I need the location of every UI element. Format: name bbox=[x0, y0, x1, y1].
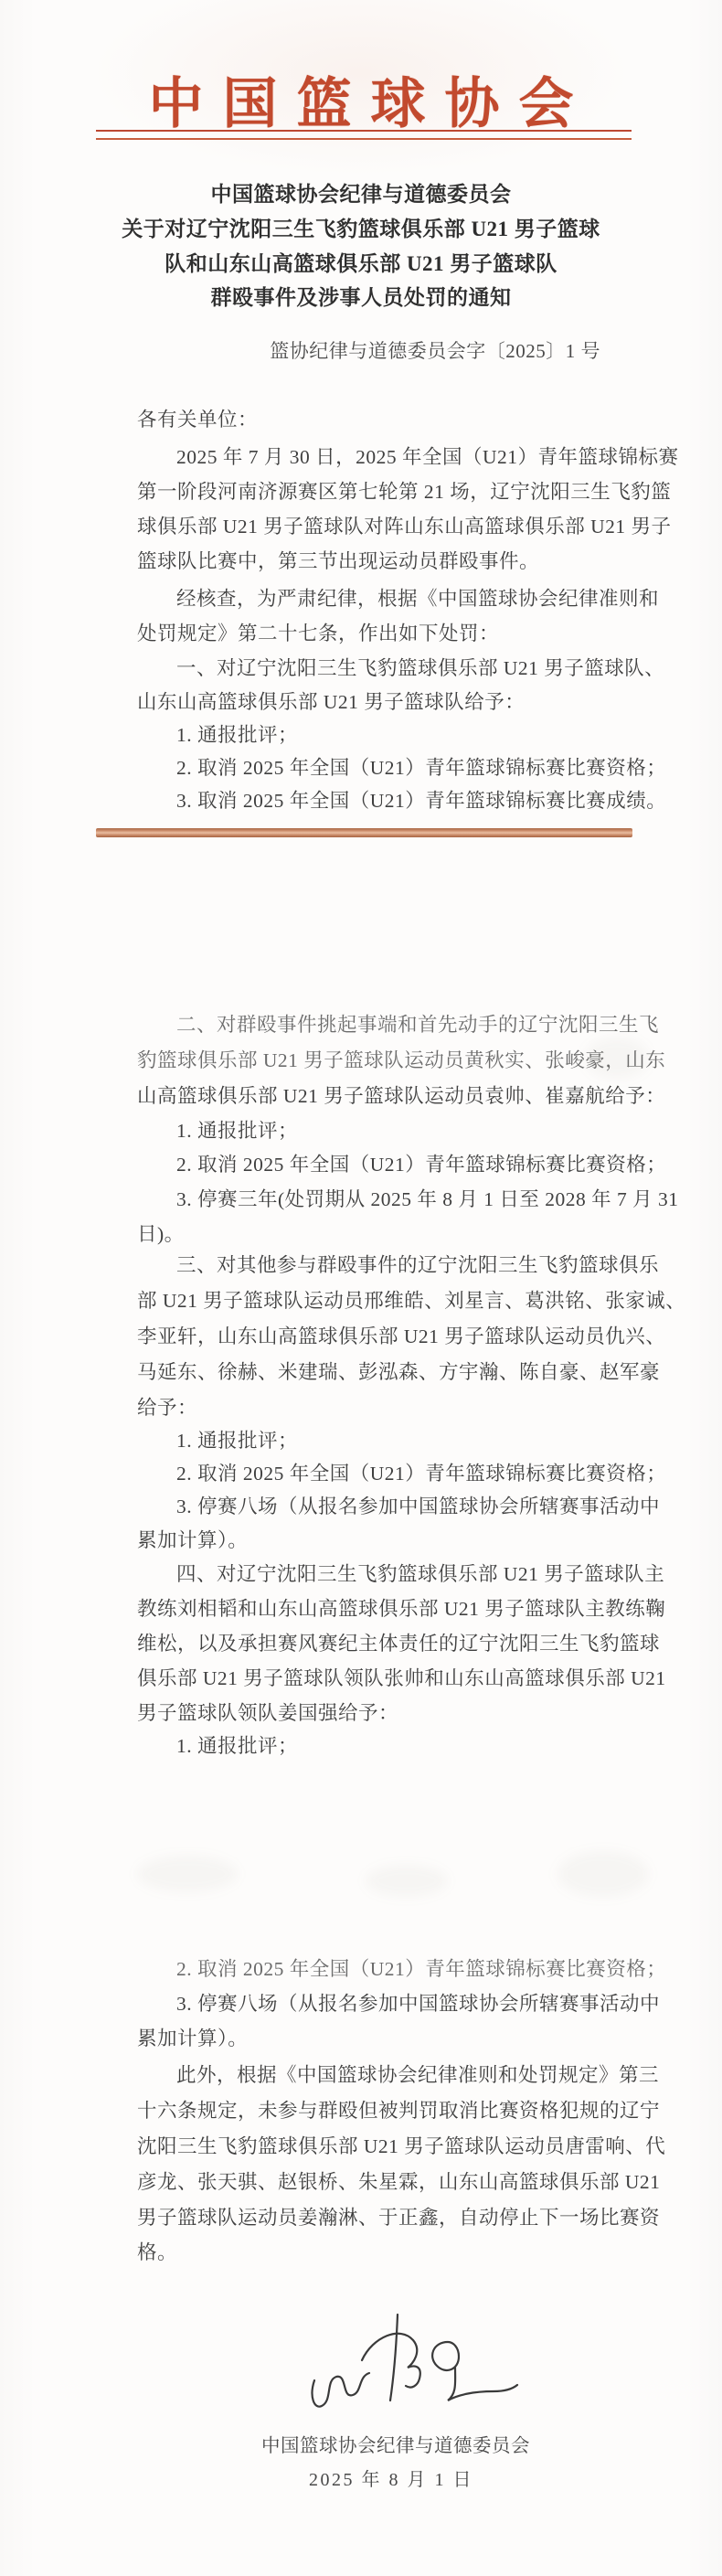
document-line: 日)。 bbox=[137, 1221, 185, 1247]
document-line: 沈阳三生飞豹篮球俱乐部 U21 男子篮球队运动员唐雷响、代 bbox=[137, 2134, 665, 2159]
document-line: 经核查，为严肃纪律，根据《中国篮球协会纪律准则和 bbox=[137, 586, 659, 612]
document-line: 部 U21 男子篮球队运动员邢维皓、刘星言、葛洪铭、张家诚、 bbox=[137, 1288, 685, 1314]
document-line: 一、对辽宁沈阳三生飞豹篮球俱乐部 U21 男子篮球队、 bbox=[137, 655, 664, 681]
document-line: 3. 停赛八场（从报名参加中国篮球协会所辖赛事活动中 bbox=[137, 1494, 660, 1519]
document-line: 四、对辽宁沈阳三生飞豹篮球俱乐部 U21 男子篮球队主 bbox=[137, 1561, 664, 1587]
notice-title-line: 群殴事件及涉事人员处罚的通知 bbox=[0, 285, 722, 311]
document-line: 球俱乐部 U21 男子篮球队对阵山东山高篮球俱乐部 U21 男子 bbox=[137, 514, 672, 539]
document-line: 给予： bbox=[137, 1395, 197, 1421]
document-line: 三、对其他参与群殴事件的辽宁沈阳三生飞豹篮球俱乐 bbox=[137, 1252, 659, 1278]
document-line: 累加计算）。 bbox=[137, 1528, 248, 1553]
document-line: 2. 取消 2025 年全国（U21）青年篮球锦标赛比赛资格； bbox=[137, 1152, 666, 1177]
header-double-rule bbox=[96, 130, 632, 140]
notice-title-line: 中国篮球协会纪律与道德委员会 bbox=[0, 182, 722, 208]
document-line: 维松，以及承担赛风赛纪主体责任的辽宁沈阳三生飞豹篮球 bbox=[137, 1631, 660, 1656]
signature-date: 2025 年 8 月 1 日 bbox=[309, 2464, 473, 2491]
document-line: 3. 停赛八场（从报名参加中国篮球协会所辖赛事活动中 bbox=[137, 1991, 660, 2017]
document-line: 山高篮球俱乐部 U21 男子篮球队运动员袁帅、崔嘉航给予： bbox=[137, 1083, 665, 1109]
document-line: 2. 取消 2025 年全国（U21）青年篮球锦标赛比赛资格； bbox=[137, 755, 666, 781]
org-title: 中国篮球协会 bbox=[0, 60, 722, 139]
document-line: 篮球队比赛中，第三节出现运动员群殴事件。 bbox=[137, 548, 539, 574]
document-line: 2. 取消 2025 年全国（U21）青年篮球锦标赛比赛资格； bbox=[137, 1461, 666, 1486]
signature-committee-name: 中国篮球协会纪律与道德委员会 bbox=[261, 2430, 530, 2457]
document-line: 3. 取消 2025 年全国（U21）青年篮球锦标赛比赛成绩。 bbox=[137, 788, 666, 814]
document-line: 彦龙、张天骐、赵银桥、朱星霖，山东山高篮球俱乐部 U21 bbox=[137, 2169, 660, 2195]
notice-title-line: 关于对辽宁沈阳三生飞豹篮球俱乐部 U21 男子篮球 bbox=[0, 217, 722, 242]
document-line: 1. 通报批评； bbox=[137, 1733, 298, 1759]
document-line: 男子篮球队领队姜国强给予： bbox=[137, 1700, 398, 1726]
document-line: 教练刘相韬和山东山高篮球俱乐部 U21 男子篮球队主教练鞠 bbox=[137, 1596, 665, 1622]
doc-number: 篮协纪律与道德委员会字〔2025〕1 号 bbox=[270, 336, 600, 364]
document-line: 十六条规定，未参与群殴但被判罚取消比赛资格犯规的辽宁 bbox=[137, 2098, 660, 2124]
document-line: 二、对群殴事件挑起事端和首先动手的辽宁沈阳三生飞 bbox=[137, 1012, 659, 1038]
document-line: 2. 取消 2025 年全国（U21）青年篮球锦标赛比赛资格； bbox=[137, 1956, 666, 1982]
scan-smudge bbox=[585, 1038, 649, 1079]
handwritten-signature bbox=[309, 2313, 524, 2436]
notice-title-line: 队和山东山高篮球俱乐部 U21 男子篮球队 bbox=[0, 251, 722, 277]
document-line: 第一阶段河南济源赛区第七轮第 21 场，辽宁沈阳三生飞豹篮 bbox=[137, 479, 671, 505]
document-line: 1. 通报批评； bbox=[137, 1428, 298, 1453]
document-line: 俱乐部 U21 男子篮球队领队张帅和山东山高篮球俱乐部 U21 bbox=[137, 1666, 666, 1691]
document-line: 1. 通报批评； bbox=[137, 1118, 298, 1144]
document-line: 男子篮球队运动员姜瀚淋、于正鑫，自动停止下一场比赛资 bbox=[137, 2205, 660, 2230]
page-separator bbox=[96, 828, 632, 837]
document-line: 格。 bbox=[137, 2240, 177, 2265]
document-line: 累加计算）。 bbox=[137, 2026, 248, 2051]
document-line: 山东山高篮球俱乐部 U21 男子篮球队给予： bbox=[137, 689, 525, 715]
document-line: 马延东、徐赫、米建瑞、彭泓森、方宇瀚、陈自豪、赵军豪 bbox=[137, 1359, 660, 1385]
document-page: 中国篮球协会 中国篮球协会纪律与道德委员会关于对辽宁沈阳三生飞豹篮球俱乐部 U2… bbox=[0, 0, 722, 2576]
scan-smudge bbox=[366, 1865, 448, 1897]
document-line: 李亚轩，山东山高篮球俱乐部 U21 男子篮球队运动员仇兴、 bbox=[137, 1324, 665, 1349]
document-line: 1. 通报批评； bbox=[137, 722, 298, 748]
document-line: 3. 停赛三年(处罚期从 2025 年 8 月 1 日至 2028 年 7 月 … bbox=[137, 1187, 679, 1212]
document-line: 2025 年 7 月 30 日，2025 年全国（U21）青年篮球锦标赛 bbox=[137, 444, 679, 470]
document-line: 此外，根据《中国篮球协会纪律准则和处罚规定》第三 bbox=[137, 2062, 659, 2088]
document-line: 各有关单位： bbox=[137, 407, 258, 432]
scan-smudge bbox=[557, 1851, 649, 1897]
scan-smudge bbox=[137, 1856, 238, 1892]
document-line: 处罚规定》第二十七条，作出如下处罚： bbox=[137, 621, 499, 646]
